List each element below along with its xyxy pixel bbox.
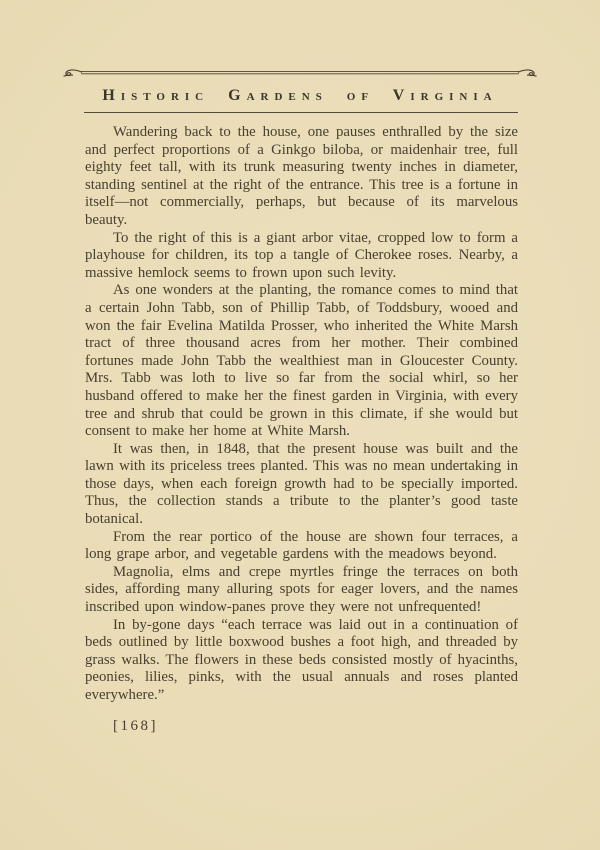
- scroll-ornament-left-icon: [64, 70, 83, 76]
- paragraph-5: From the rear portico of the house are s…: [85, 529, 518, 564]
- double-line: [81, 71, 519, 73]
- ornamental-rule: [62, 66, 538, 80]
- paragraph-1: Wandering back to the house, one pauses …: [85, 124, 518, 230]
- scroll-ornament-right-icon: [518, 70, 537, 76]
- scroll-rule-icon: [62, 66, 538, 80]
- body-text: Wandering back to the house, one pauses …: [85, 124, 518, 705]
- paragraph-4: It was then, in 1848, that the present h…: [85, 441, 518, 529]
- page-title: Historic Gardens of Virginia: [0, 87, 600, 105]
- paragraph-3: As one wonders at the planting, the roma…: [85, 282, 518, 440]
- paragraph-2: To the right of this is a giant arbor vi…: [85, 230, 518, 283]
- paragraph-6: Magnolia, elms and crepe myrtles fringe …: [85, 564, 518, 617]
- header-rule: [84, 112, 518, 113]
- page-number: [168]: [113, 718, 158, 735]
- paragraph-7: In by-gone days “each terrace was laid o…: [85, 617, 518, 705]
- book-page: Historic Gardens of Virginia Wandering b…: [0, 0, 600, 850]
